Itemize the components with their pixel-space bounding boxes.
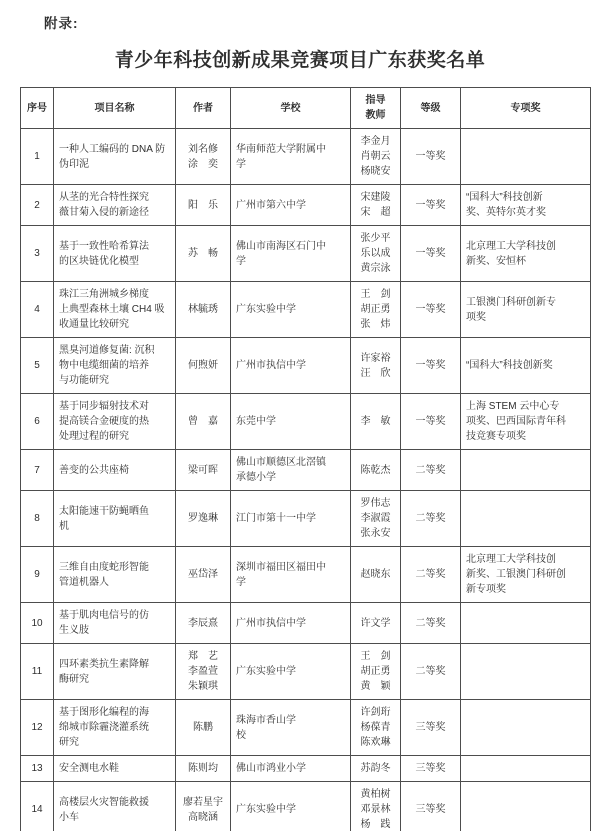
- cell-school: 深圳市福田区福田中 学: [231, 547, 351, 603]
- cell-no: 1: [21, 129, 54, 185]
- cell-teachers: 罗伟志 李淑霞 张永安: [351, 491, 401, 547]
- page-title: 青少年科技创新成果竞赛项目广东获奖名单: [0, 45, 600, 72]
- cell-special: [461, 129, 591, 185]
- cell-no: 10: [21, 603, 54, 644]
- cell-grade: 一等奖: [401, 394, 461, 450]
- header-cell-project: 项目名称: [54, 88, 176, 129]
- cell-school: 广东实验中学: [231, 644, 351, 700]
- table-header-row: 序号项目名称作者学校指导 教师等级专项奖: [21, 88, 591, 129]
- cell-project: 四环素类抗生素降解 酶研究: [54, 644, 176, 700]
- cell-school: 珠海市香山学 校: [231, 700, 351, 756]
- cell-project: 基于一致性哈希算法 的区块链优化模型: [54, 226, 176, 282]
- cell-teachers: 赵晓东: [351, 547, 401, 603]
- table-row: 6基于同步辐射技术对 提高镁合金硬度的热 处理过程的研究曾 嘉东莞中学李 敏一等…: [21, 394, 591, 450]
- cell-special: [461, 700, 591, 756]
- table-row: 12基于图形化编程的海 绵城市除霾浇灌系统 研究陈鹏珠海市香山学 校许剑珩 杨葆…: [21, 700, 591, 756]
- table-row: 7善变的公共座椅梁可晖佛山市顺德区北滘镇 承德小学陈乾杰二等奖: [21, 450, 591, 491]
- cell-school: 广州市第六中学: [231, 185, 351, 226]
- table-row: 4珠江三角洲城乡梯度 上典型森林土壤 CH4 吸 收通量比较研究林毓琇广东实验中…: [21, 282, 591, 338]
- cell-authors: 李辰熹: [176, 603, 231, 644]
- cell-teachers: 苏韵冬: [351, 756, 401, 782]
- table-row: 13安全测电水鞋陈则均佛山市鸿业小学苏韵冬三等奖: [21, 756, 591, 782]
- cell-teachers: 许文学: [351, 603, 401, 644]
- cell-no: 12: [21, 700, 54, 756]
- cell-teachers: 许剑珩 杨葆青 陈欢琳: [351, 700, 401, 756]
- cell-authors: 廖若星宇 高晓涵: [176, 782, 231, 831]
- cell-project: 从茎的光合特性探究 薇甘菊入侵的新途径: [54, 185, 176, 226]
- cell-special: [461, 756, 591, 782]
- cell-project: 黑臭河道修复菌: 沉积 物中电缆细菌的培养 与功能研究: [54, 338, 176, 394]
- cell-grade: 二等奖: [401, 491, 461, 547]
- table-row: 1一种人工编码的 DNA 防 伪印泥刘名修 涂 奕华南师范大学附属中 学李金月 …: [21, 129, 591, 185]
- appendix-label: 附录:: [44, 12, 600, 32]
- cell-special: [461, 603, 591, 644]
- cell-teachers: 王 剑 胡正勇 黄 颖: [351, 644, 401, 700]
- awards-table: 序号项目名称作者学校指导 教师等级专项奖 1一种人工编码的 DNA 防 伪印泥刘…: [20, 87, 591, 831]
- cell-special: “国科大”科技创新奖: [461, 338, 591, 394]
- cell-school: 江门市第十一中学: [231, 491, 351, 547]
- cell-school: 佛山市顺德区北滘镇 承德小学: [231, 450, 351, 491]
- cell-teachers: 王 剑 胡正勇 张 炜: [351, 282, 401, 338]
- cell-project: 安全测电水鞋: [54, 756, 176, 782]
- cell-authors: 苏 畅: [176, 226, 231, 282]
- cell-school: 广东实验中学: [231, 282, 351, 338]
- cell-grade: 三等奖: [401, 782, 461, 831]
- cell-school: 佛山市南海区石门中 学: [231, 226, 351, 282]
- cell-authors: 曾 嘉: [176, 394, 231, 450]
- cell-special: [461, 450, 591, 491]
- cell-authors: 陈鹏: [176, 700, 231, 756]
- cell-school: 广州市执信中学: [231, 338, 351, 394]
- cell-grade: 二等奖: [401, 603, 461, 644]
- header-cell-special: 专项奖: [461, 88, 591, 129]
- cell-project: 基于图形化编程的海 绵城市除霾浇灌系统 研究: [54, 700, 176, 756]
- cell-special: “国科大”科技创新 奖、英特尔英才奖: [461, 185, 591, 226]
- cell-school: 佛山市鸿业小学: [231, 756, 351, 782]
- table-row: 10基于肌肉电信号的仿 生义肢李辰熹广州市执信中学许文学二等奖: [21, 603, 591, 644]
- header-cell-authors: 作者: [176, 88, 231, 129]
- cell-authors: 郑 艺 李盈萱 朱颖琪: [176, 644, 231, 700]
- table-row: 11四环素类抗生素降解 酶研究郑 艺 李盈萱 朱颖琪广东实验中学王 剑 胡正勇 …: [21, 644, 591, 700]
- cell-teachers: 张少平 乐以成 黄宗泳: [351, 226, 401, 282]
- cell-grade: 二等奖: [401, 547, 461, 603]
- cell-project: 基于同步辐射技术对 提高镁合金硬度的热 处理过程的研究: [54, 394, 176, 450]
- cell-grade: 一等奖: [401, 226, 461, 282]
- cell-project: 一种人工编码的 DNA 防 伪印泥: [54, 129, 176, 185]
- cell-teachers: 李金月 肖朝云 杨晓安: [351, 129, 401, 185]
- cell-project: 善变的公共座椅: [54, 450, 176, 491]
- cell-project: 太阳能速干防蝇晒鱼 机: [54, 491, 176, 547]
- cell-grade: 三等奖: [401, 700, 461, 756]
- header-cell-school: 学校: [231, 88, 351, 129]
- cell-school: 东莞中学: [231, 394, 351, 450]
- cell-project: 高楼层火灾智能救援 小车: [54, 782, 176, 831]
- header-cell-teachers: 指导 教师: [351, 88, 401, 129]
- cell-authors: 陈则均: [176, 756, 231, 782]
- cell-teachers: 宋建陵 宋 超: [351, 185, 401, 226]
- cell-no: 6: [21, 394, 54, 450]
- cell-authors: 林毓琇: [176, 282, 231, 338]
- header-cell-no: 序号: [21, 88, 54, 129]
- table-row: 3基于一致性哈希算法 的区块链优化模型苏 畅佛山市南海区石门中 学张少平 乐以成…: [21, 226, 591, 282]
- cell-no: 3: [21, 226, 54, 282]
- cell-no: 13: [21, 756, 54, 782]
- cell-no: 8: [21, 491, 54, 547]
- cell-special: 上海 STEM 云中心专 项奖、巴西国际青年科 技竞赛专项奖: [461, 394, 591, 450]
- cell-authors: 罗逸琳: [176, 491, 231, 547]
- cell-authors: 梁可晖: [176, 450, 231, 491]
- cell-teachers: 陈乾杰: [351, 450, 401, 491]
- cell-school: 华南师范大学附属中 学: [231, 129, 351, 185]
- cell-no: 9: [21, 547, 54, 603]
- cell-school: 广州市执信中学: [231, 603, 351, 644]
- cell-special: 工银澳门科研创新专 项奖: [461, 282, 591, 338]
- cell-project: 珠江三角洲城乡梯度 上典型森林土壤 CH4 吸 收通量比较研究: [54, 282, 176, 338]
- cell-special: [461, 782, 591, 831]
- cell-teachers: 许家裕 汪 欣: [351, 338, 401, 394]
- table-row: 5黑臭河道修复菌: 沉积 物中电缆细菌的培养 与功能研究何煦妍广州市执信中学许家…: [21, 338, 591, 394]
- cell-project: 基于肌肉电信号的仿 生义肢: [54, 603, 176, 644]
- cell-authors: 巫岱泽: [176, 547, 231, 603]
- cell-no: 5: [21, 338, 54, 394]
- cell-no: 7: [21, 450, 54, 491]
- cell-grade: 二等奖: [401, 450, 461, 491]
- cell-special: 北京理工大学科技创 新奖、工银澳门科研创 新专项奖: [461, 547, 591, 603]
- cell-teachers: 李 敏: [351, 394, 401, 450]
- cell-special: 北京理工大学科技创 新奖、安恒杯: [461, 226, 591, 282]
- cell-project: 三维自由度蛇形智能 管道机器人: [54, 547, 176, 603]
- cell-authors: 阳 乐: [176, 185, 231, 226]
- table-row: 14高楼层火灾智能救援 小车廖若星宇 高晓涵广东实验中学黄柏树 邓景林 杨 践三…: [21, 782, 591, 831]
- table-row: 8太阳能速干防蝇晒鱼 机罗逸琳江门市第十一中学罗伟志 李淑霞 张永安二等奖: [21, 491, 591, 547]
- cell-grade: 一等奖: [401, 282, 461, 338]
- cell-authors: 何煦妍: [176, 338, 231, 394]
- cell-grade: 一等奖: [401, 185, 461, 226]
- table-row: 2从茎的光合特性探究 薇甘菊入侵的新途径阳 乐广州市第六中学宋建陵 宋 超一等奖…: [21, 185, 591, 226]
- cell-no: 2: [21, 185, 54, 226]
- document-page: 附录: 青少年科技创新成果竞赛项目广东获奖名单 序号项目名称作者学校指导 教师等…: [0, 0, 600, 831]
- cell-no: 14: [21, 782, 54, 831]
- cell-teachers: 黄柏树 邓景林 杨 践: [351, 782, 401, 831]
- cell-school: 广东实验中学: [231, 782, 351, 831]
- cell-special: [461, 644, 591, 700]
- header-cell-grade: 等级: [401, 88, 461, 129]
- cell-grade: 三等奖: [401, 756, 461, 782]
- cell-special: [461, 491, 591, 547]
- cell-grade: 一等奖: [401, 338, 461, 394]
- table-row: 9三维自由度蛇形智能 管道机器人巫岱泽深圳市福田区福田中 学赵晓东二等奖北京理工…: [21, 547, 591, 603]
- cell-grade: 一等奖: [401, 129, 461, 185]
- cell-grade: 二等奖: [401, 644, 461, 700]
- cell-authors: 刘名修 涂 奕: [176, 129, 231, 185]
- cell-no: 4: [21, 282, 54, 338]
- cell-no: 11: [21, 644, 54, 700]
